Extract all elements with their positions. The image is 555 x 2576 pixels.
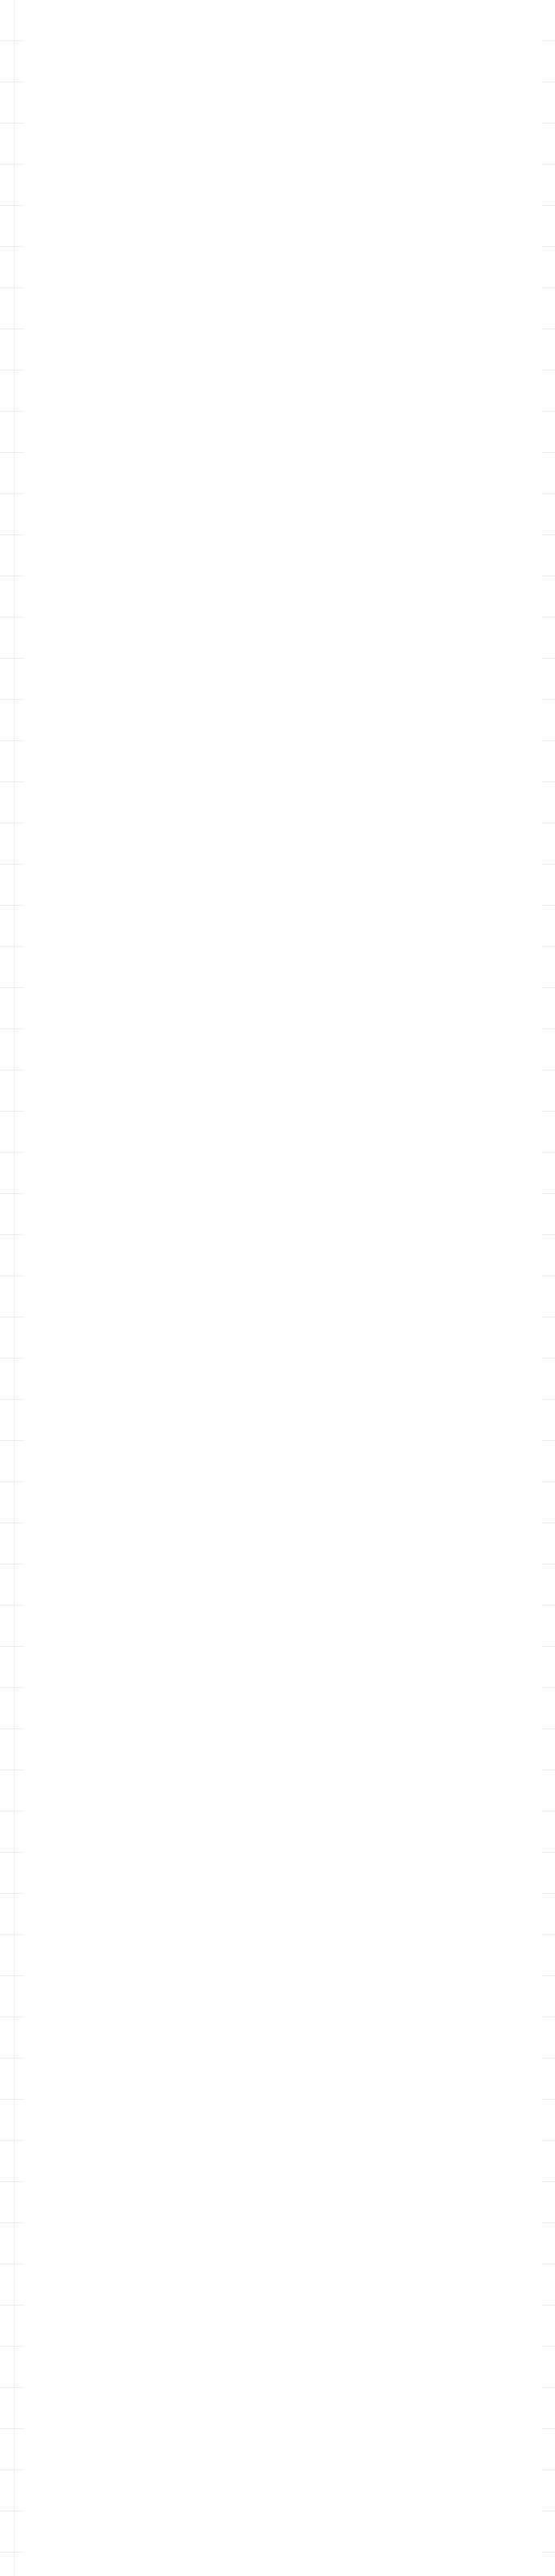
- scan-margin-grid: [0, 0, 555, 2576]
- scan-margin-rule: [14, 0, 15, 2576]
